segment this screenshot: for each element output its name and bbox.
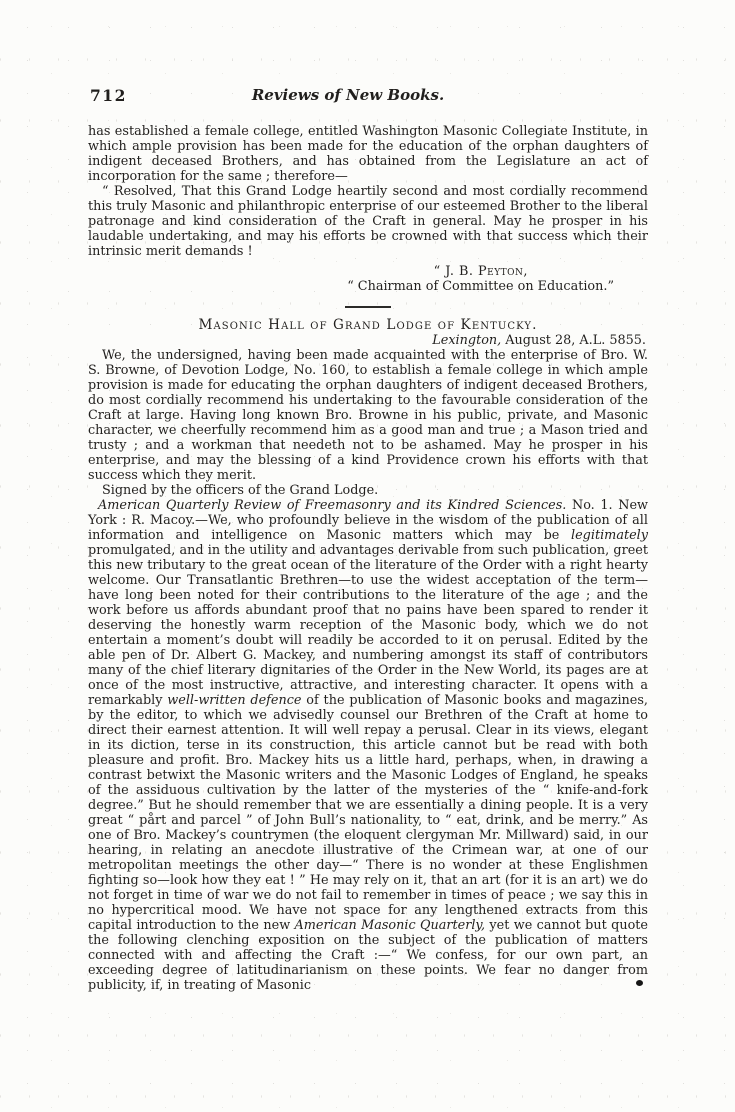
- review-paragraph: American Quarterly Review of Freemasonry…: [88, 498, 648, 993]
- letter-heading: Masonic Hall of Grand Lodge of Kentucky.: [88, 318, 648, 333]
- review-emphasis-well-written-defence: well-written defence: [167, 693, 301, 708]
- resolution-continuation-paragraph: has established a female college, entitl…: [88, 124, 648, 184]
- signature-title: “ Chairman of Committee on Education.”: [88, 279, 648, 294]
- review-text-2: promulgated, and in the utility and adva…: [88, 543, 648, 708]
- signature-name: “ J. B. Peyton,: [88, 264, 648, 279]
- review-work-title: American Quarterly Review of Freemasonry…: [98, 498, 566, 513]
- review-emphasis-quarterly-title: American Masonic Quarterly,: [295, 918, 485, 933]
- scanned-book-page: 712 Reviews of New Books. has establishe…: [0, 0, 735, 1112]
- section-divider-rule: [345, 306, 391, 308]
- letter-dateline: Lexington, August 28, A.L. 5855.: [88, 333, 648, 348]
- letter-signed-line: Signed by the officers of the Grand Lodg…: [88, 483, 648, 498]
- dateline-date: August 28, A.L. 5855.: [501, 333, 646, 348]
- review-emphasis-legitimately: legitimately: [571, 528, 648, 543]
- page-header: 712 Reviews of New Books.: [88, 86, 648, 110]
- resolution-resolved-paragraph: “ Resolved, That this Grand Lodge hearti…: [88, 184, 648, 259]
- running-title: Reviews of New Books.: [88, 88, 608, 103]
- review-text-3: of the publication of Masonic books and …: [88, 693, 648, 933]
- letter-body-paragraph: We, the undersigned, having been made ac…: [88, 348, 648, 483]
- dateline-place: Lexington,: [432, 333, 501, 348]
- ink-spot-artifact: [636, 980, 643, 986]
- text-block: 712 Reviews of New Books. has establishe…: [88, 86, 648, 993]
